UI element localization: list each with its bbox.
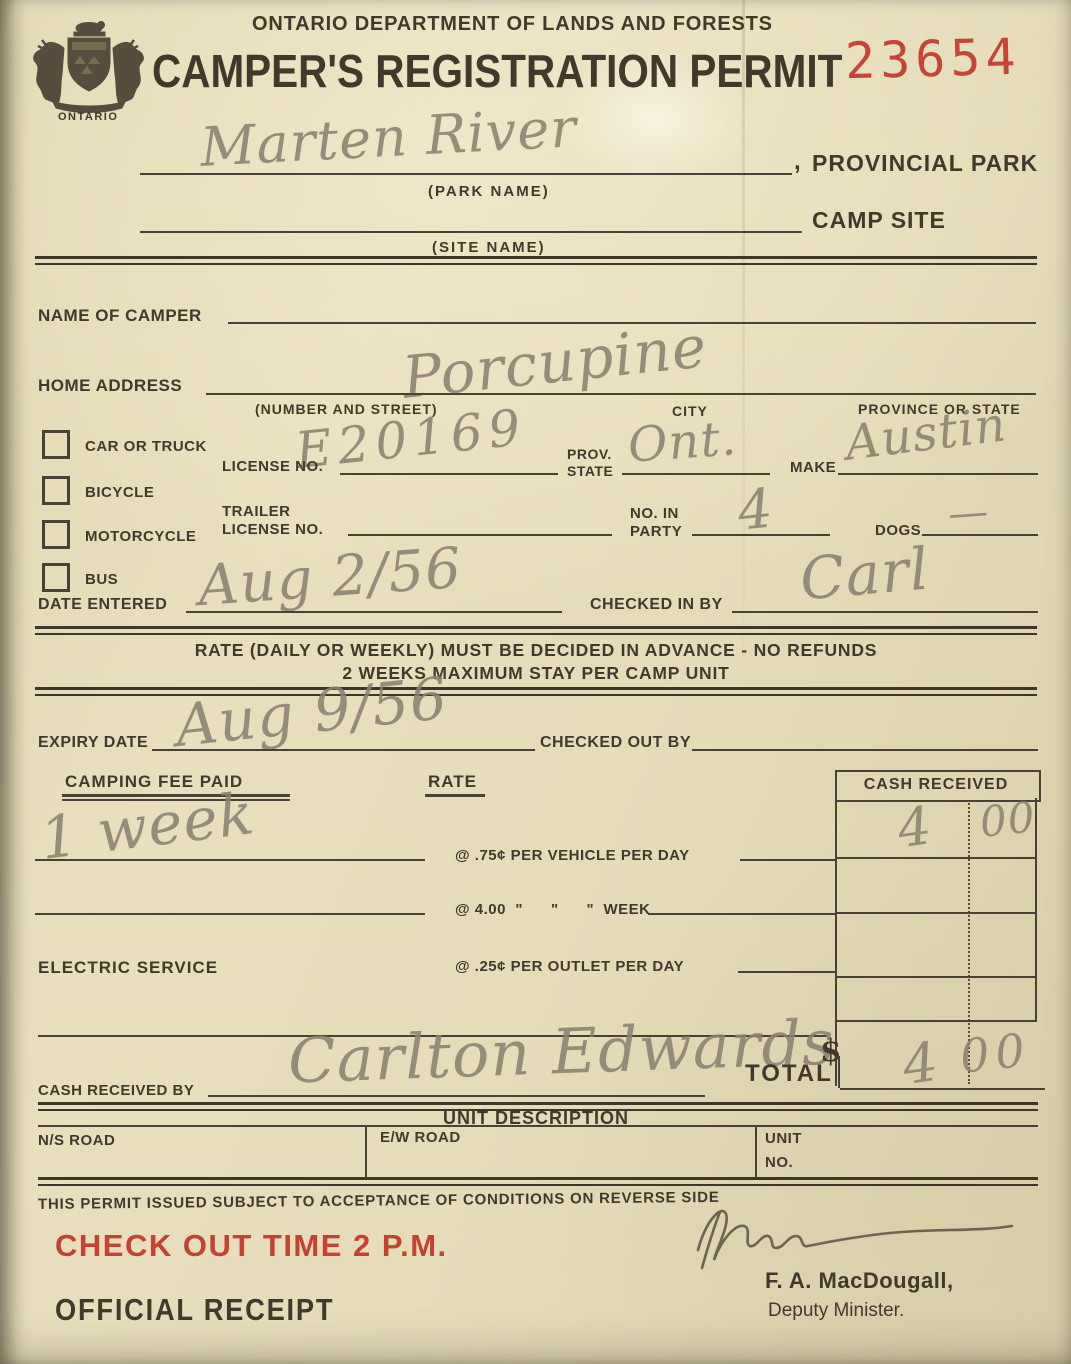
- campers-registration-permit: ONTARIO DEPARTMENT OF LANDS AND FORESTS …: [0, 0, 1071, 1364]
- cash-row1-cents: 00: [978, 792, 1038, 847]
- party-label-line1: NO. IN: [630, 505, 679, 522]
- park-name-handwriting: Marten River: [199, 96, 579, 179]
- license-no-line: [340, 473, 558, 475]
- provincial-park-label: PROVINCIAL PARK: [812, 150, 1038, 177]
- bicycle-checkbox: [42, 476, 70, 505]
- total-label: TOTAL: [745, 1060, 833, 1088]
- trailer-label-line1: TRAILER: [222, 503, 291, 520]
- electric-rate-line: [738, 971, 835, 973]
- site-name-caption: (SITE NAME): [432, 239, 546, 256]
- motorcycle-label: MOTORCYCLE: [85, 528, 196, 545]
- signature-title: Deputy Minister.: [768, 1300, 904, 1322]
- bus-label: BUS: [85, 571, 118, 588]
- checked-in-by-handwriting: Carl: [797, 534, 932, 613]
- home-address-line: [206, 393, 1036, 395]
- checked-in-by-label: CHECKED IN BY: [590, 596, 723, 614]
- electric-service-label: ELECTRIC SERVICE: [38, 958, 218, 978]
- date-entered-line: [186, 611, 562, 613]
- party-label-line2: PARTY: [630, 523, 682, 540]
- make-label: MAKE: [790, 459, 836, 476]
- party-handwriting: 4: [735, 476, 777, 542]
- cash-box-bottom-line: [836, 1020, 1035, 1022]
- section-divider: [35, 626, 1037, 635]
- ew-road-label: E/W ROAD: [380, 1129, 461, 1146]
- rate-row1-line: [740, 859, 835, 861]
- total-cents-handwriting: 00: [957, 1022, 1033, 1083]
- cash-row1-dollars: 4: [894, 796, 936, 860]
- logo-caption: ONTARIO: [58, 111, 118, 123]
- official-receipt-label: OFFICIAL RECEIPT: [55, 1292, 334, 1328]
- home-address-handwriting: Porcupine: [399, 312, 710, 412]
- park-name-line: [140, 173, 792, 175]
- unit-bottom-rule: [38, 1177, 1038, 1186]
- prov-label-line1: PROV.: [567, 446, 612, 462]
- make-line: [838, 473, 1038, 475]
- unit-no-label-line2: NO.: [765, 1154, 793, 1171]
- prov-handwriting: Ont.: [626, 410, 738, 473]
- cash-row3-line: [836, 976, 1035, 978]
- rate-notice-line2: 2 WEEKS MAXIMUM STAY PER CAMP UNIT: [35, 663, 1037, 684]
- checked-in-by-line: [732, 611, 1038, 613]
- total-tick: [838, 1056, 840, 1088]
- unit-no-label-line1: UNIT: [765, 1130, 802, 1147]
- total-underline: [840, 1088, 1045, 1090]
- department-title: ONTARIO DEPARTMENT OF LANDS AND FORESTS: [252, 13, 773, 36]
- cash-received-by-line: [208, 1095, 705, 1097]
- printed-comma: ,: [794, 148, 801, 176]
- rate-row2-label: @ 4.00 " " " WEEK: [455, 901, 651, 918]
- dogs-handwriting: —: [946, 489, 990, 538]
- cash-received-by-label: CASH RECEIVED BY: [38, 1082, 194, 1099]
- check-out-time-notice: CHECK OUT TIME 2 P.M.: [55, 1228, 448, 1264]
- ontario-coat-of-arms-icon: [28, 18, 148, 118]
- dogs-line: [922, 534, 1038, 536]
- car-or-truck-checkbox: [42, 430, 70, 459]
- conditions-note: THIS PERMIT ISSUED SUBJECT TO ACCEPTANCE…: [38, 1189, 720, 1213]
- park-name-caption: (PARK NAME): [428, 183, 550, 200]
- cash-row2-line: [836, 912, 1035, 914]
- camp-site-label: CAMP SITE: [812, 207, 946, 234]
- prov-label-line2: STATE: [567, 463, 613, 479]
- date-entered-handwriting: Aug 2/56: [196, 536, 464, 619]
- section-divider: [35, 256, 1037, 265]
- name-of-camper-label: NAME OF CAMPER: [38, 306, 202, 326]
- rate-notice-line1: RATE (DAILY OR WEEKLY) MUST BE DECIDED I…: [35, 640, 1037, 661]
- home-address-label: HOME ADDRESS: [38, 376, 182, 396]
- unit-col-divider-2: [755, 1125, 757, 1177]
- fee-row2-line: [35, 913, 425, 915]
- bus-checkbox: [42, 563, 70, 592]
- expiry-date-line: [152, 749, 535, 751]
- cash-row1-line: [836, 857, 1035, 859]
- unit-header-line: [38, 1125, 1038, 1127]
- checked-out-by-label: CHECKED OUT BY: [540, 734, 691, 752]
- ns-road-label: N/S ROAD: [38, 1132, 115, 1149]
- prov-line: [622, 473, 770, 475]
- date-entered-label: DATE ENTERED: [38, 596, 167, 614]
- cash-received-header: CASH RECEIVED: [835, 776, 1037, 794]
- party-line: [692, 534, 830, 536]
- page-title: CAMPER'S REGISTRATION PERMIT: [152, 44, 842, 98]
- bicycle-label: BICYCLE: [85, 484, 154, 501]
- rate-header: RATE: [428, 772, 477, 792]
- permit-number-stamp: 23654: [844, 28, 1021, 91]
- rate-row1-label: @ .75¢ PER VEHICLE PER DAY: [455, 847, 690, 864]
- site-name-line: [140, 231, 802, 233]
- rate-row2-line: [648, 913, 835, 915]
- car-or-truck-label: CAR OR TRUCK: [85, 438, 207, 455]
- fee-row1-line: [35, 859, 425, 861]
- checked-out-by-line: [692, 749, 1038, 751]
- trailer-label-line2: LICENSE NO.: [222, 521, 323, 538]
- rate-header-underline: [425, 794, 485, 797]
- total-dollars-handwriting: 4: [899, 1030, 943, 1097]
- expiry-date-label: EXPIRY DATE: [38, 734, 148, 752]
- deputy-minister-signature: [690, 1198, 1030, 1278]
- motorcycle-checkbox: [42, 520, 70, 549]
- trailer-license-line: [348, 534, 612, 536]
- electric-rate-label: @ .25¢ PER OUTLET PER DAY: [455, 958, 684, 975]
- unit-col-divider-1: [365, 1125, 367, 1177]
- signature-name: F. A. MacDougall,: [765, 1268, 954, 1294]
- license-no-label: LICENSE NO.: [222, 458, 323, 475]
